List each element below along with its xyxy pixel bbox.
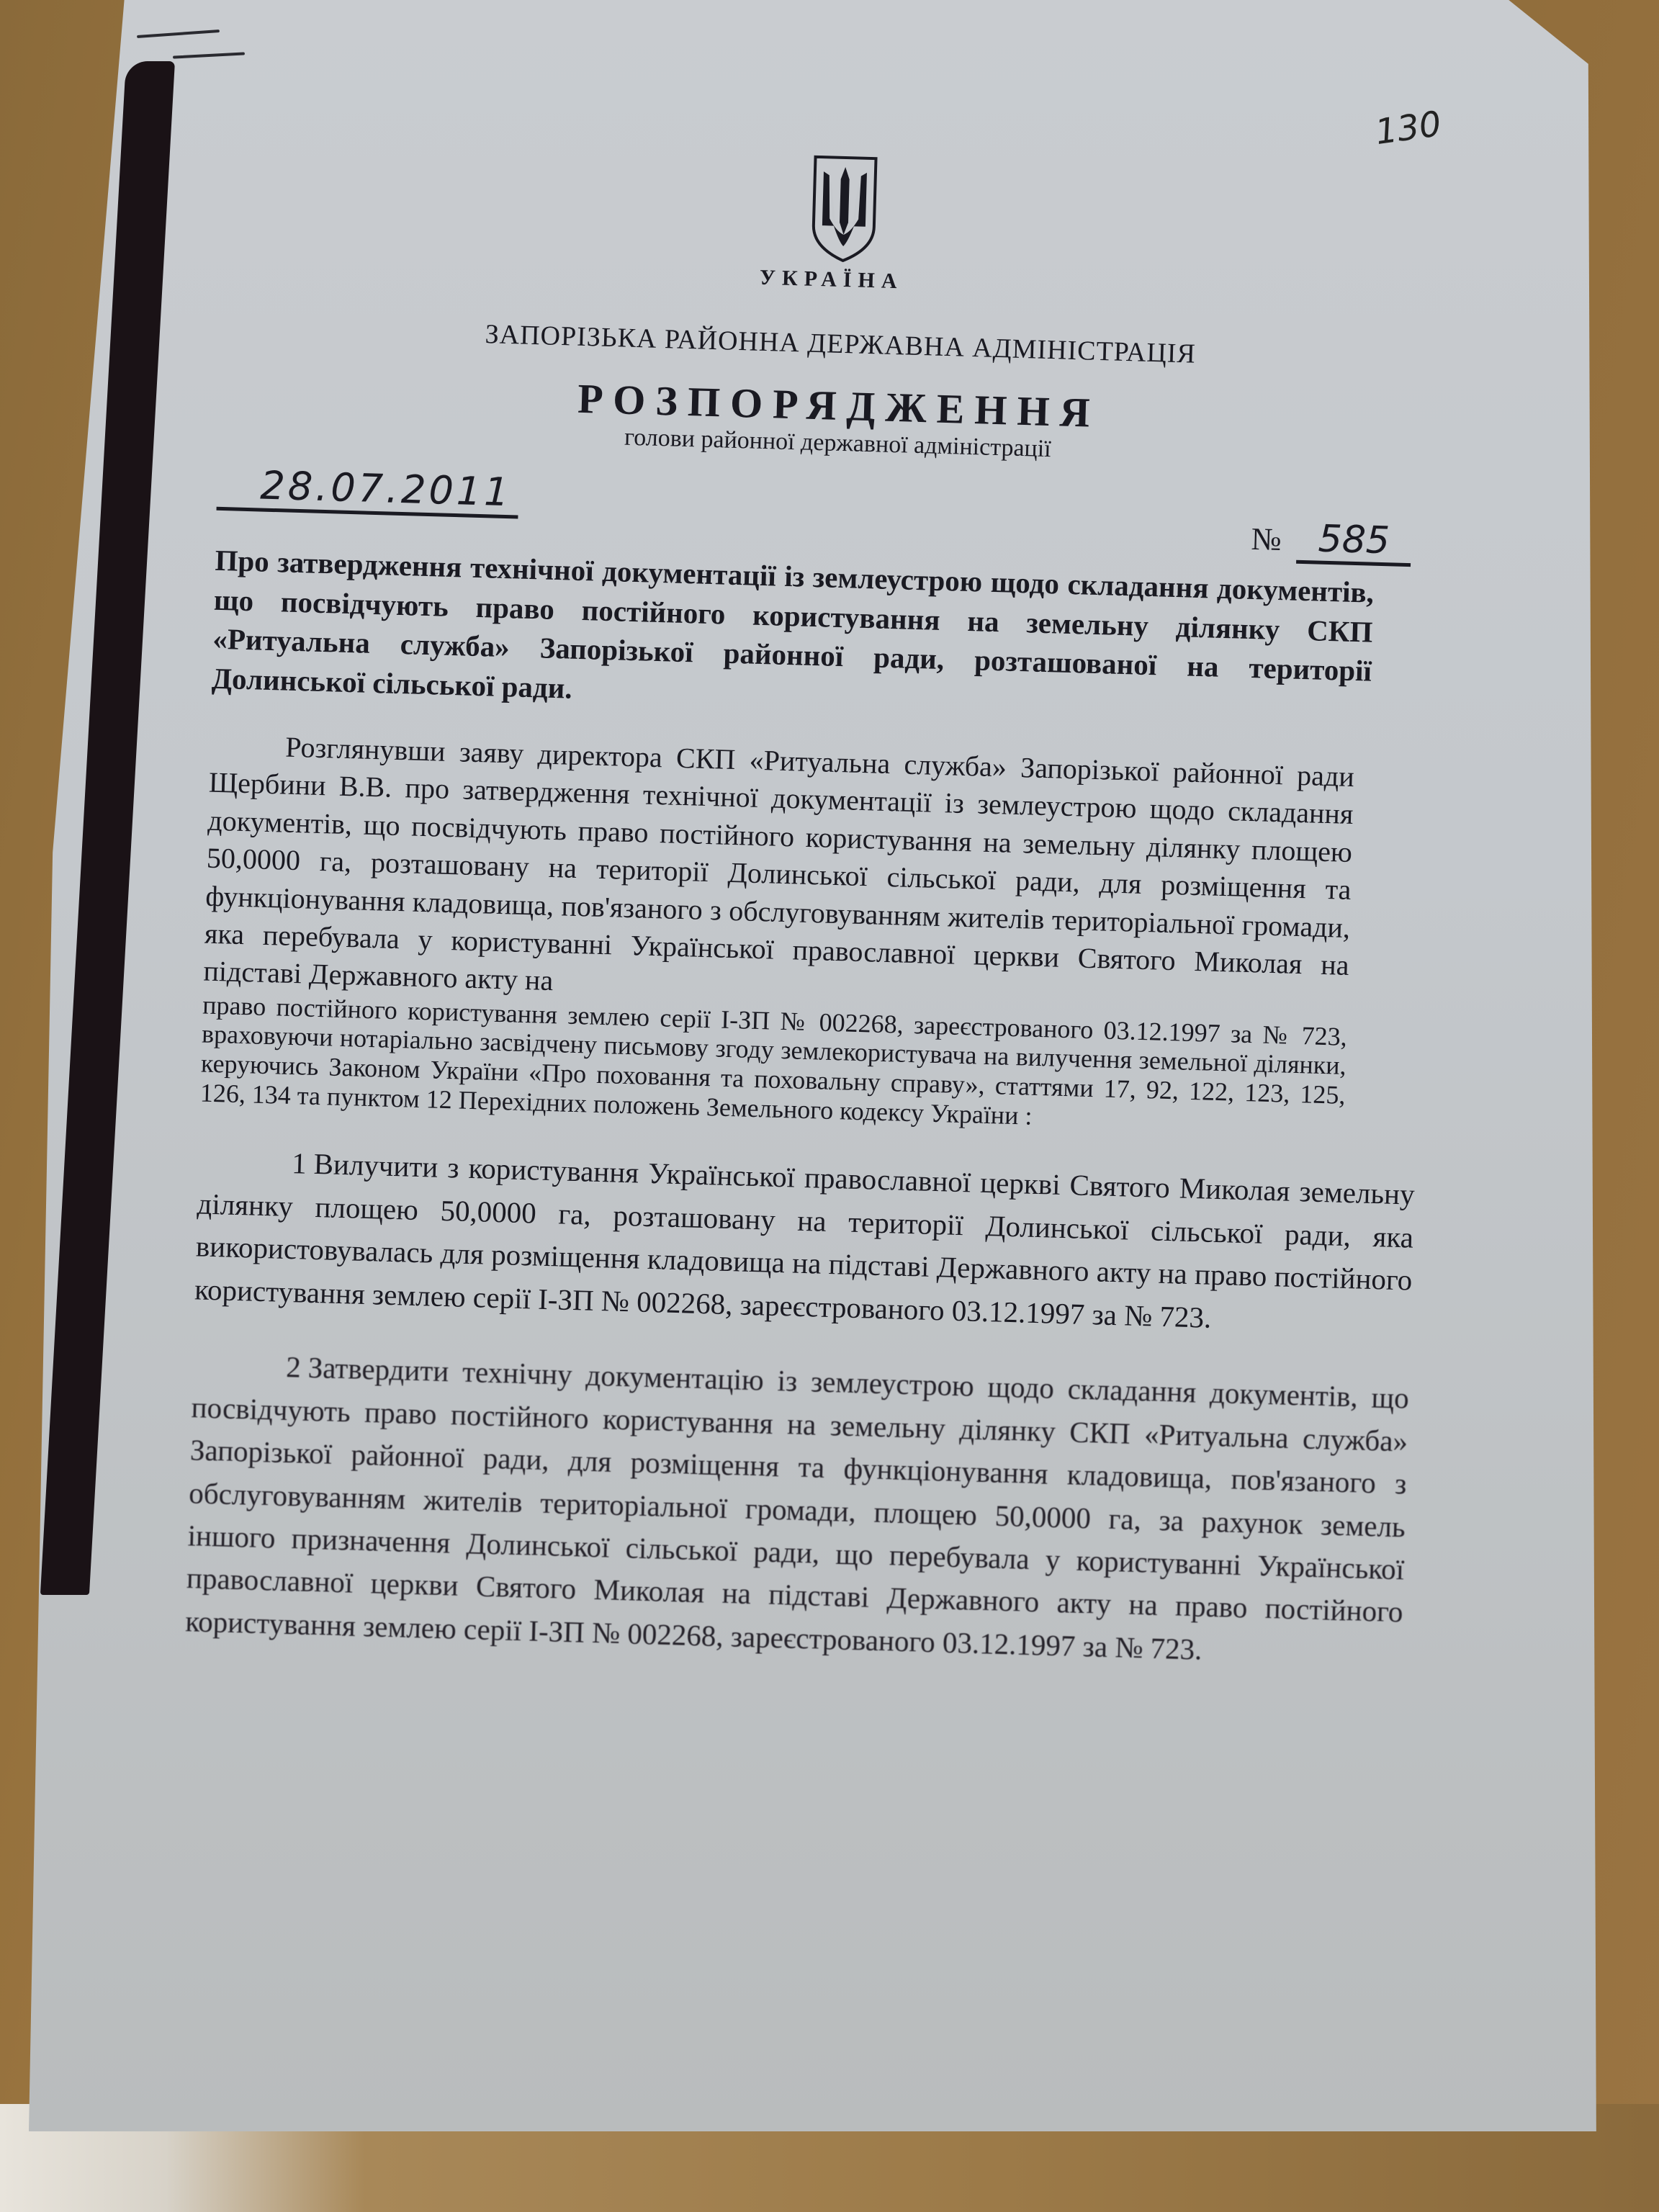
order-item-2: 2Затвердити технічну документацію із зем… [185, 1344, 1410, 1677]
number-label: № [1251, 521, 1282, 557]
issuing-body: ЗАПОРІЗЬКА РАЙОННА ДЕРЖАВНА АДМІНІСТРАЦІ… [221, 311, 1460, 377]
document-title: Про затвердження технічної документації … [211, 541, 1374, 730]
order-item-1: 1Вилучити з користування Української пра… [194, 1140, 1415, 1345]
document-number: № 585 [1251, 516, 1412, 563]
trident-coat-of-arms-icon [806, 153, 881, 264]
number-value: 585 [1296, 517, 1412, 567]
staple-mark [173, 52, 245, 58]
document-date: 28.07.2011 [217, 462, 520, 519]
item-number: 2 [286, 1350, 302, 1384]
document-page: 130 УКРАЇНА ЗАПОРІЗЬКА РАЙОННА ДЕРЖАВНА … [29, 0, 1620, 2131]
preamble-paragraph: Розглянувши заяву директора СКП «Ритуаль… [203, 727, 1355, 1022]
staple-mark [137, 30, 220, 38]
item-text: Вилучити з користування Української прав… [194, 1147, 1416, 1334]
document-content: УКРАЇНА ЗАПОРІЗЬКА РАЙОННА ДЕРЖАВНА АДМІ… [185, 137, 1465, 1678]
page-number: 130 [1373, 104, 1444, 153]
item-number: 1 [292, 1147, 307, 1181]
binding-strip [40, 61, 175, 1595]
item-text: Затвердити технічну документацію із земл… [185, 1351, 1410, 1665]
